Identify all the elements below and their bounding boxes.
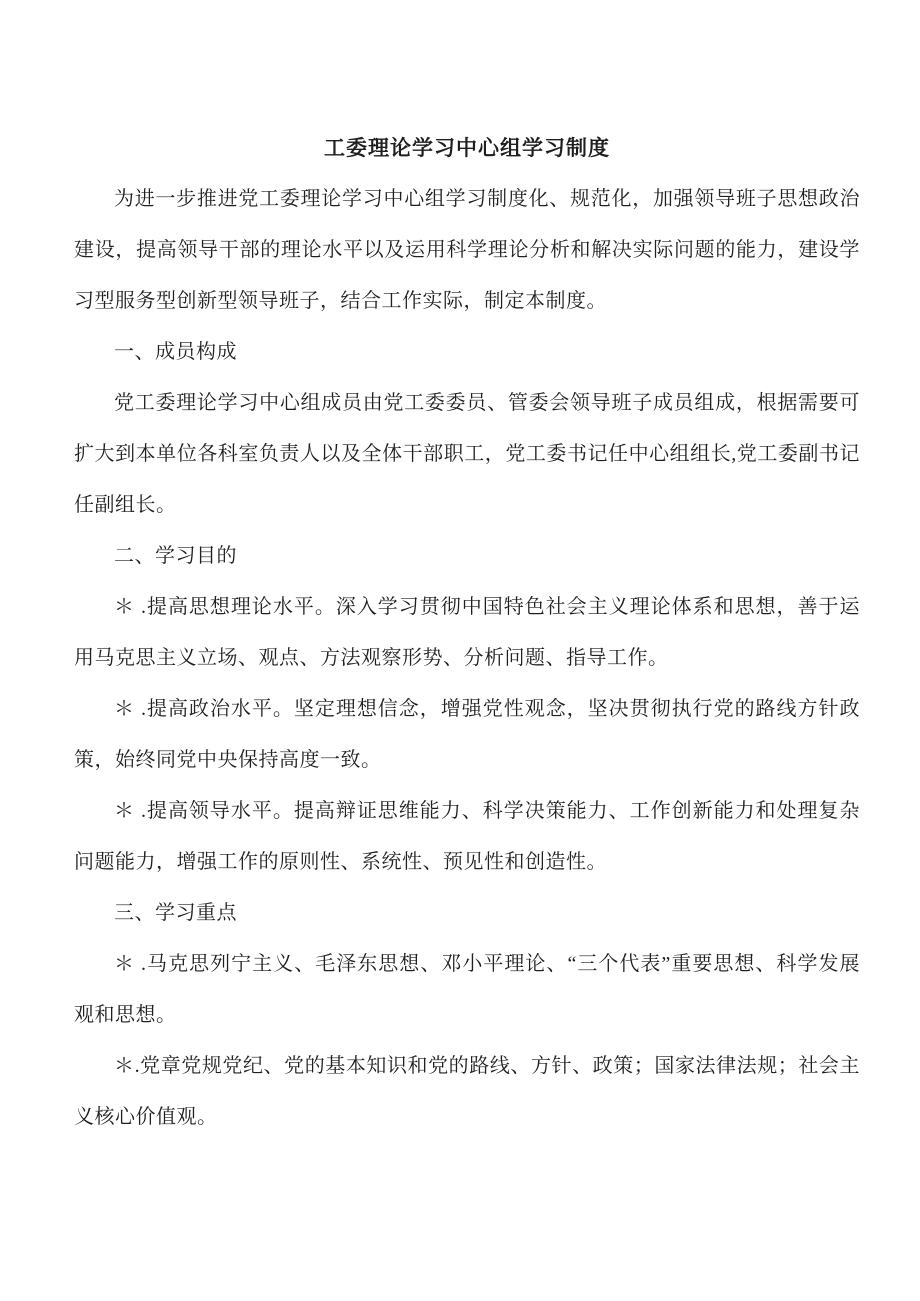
list-item-leadership-level: ＊ .提高领导水平。提高辩证思维能力、科学决策能力、工作创新能力和处理复杂问题能…: [74, 786, 860, 888]
list-item-ideological-level: ＊ .提高思想理论水平。深入学习贯彻中国特色社会主义理论体系和思想，善于运用马克…: [74, 582, 860, 684]
intro-paragraph: 为进一步推进党工委理论学习中心组学习制度化、规范化，加强领导班子思想政治建设，提…: [74, 174, 860, 327]
list-item-party-rules: ＊.党章党规党纪、党的基本知识和党的路线、方针、政策；国家法律法规；社会主义核心…: [74, 1041, 860, 1143]
section-heading-members: 一、成员构成: [74, 327, 860, 378]
document-title: 工委理论学习中心组学习制度: [74, 123, 860, 174]
list-item-political-level: ＊ .提高政治水平。坚定理想信念，增强党性观念，坚决贯彻执行党的路线方针政策，始…: [74, 684, 860, 786]
section-heading-key-points: 三、学习重点: [74, 888, 860, 939]
list-item-marxism: ＊ .马克思列宁主义、毛泽东思想、邓小平理论、“三个代表”重要思想、科学发展观和…: [74, 939, 860, 1041]
section-heading-purpose: 二、学习目的: [74, 531, 860, 582]
document-page: 工委理论学习中心组学习制度 为进一步推进党工委理论学习中心组学习制度化、规范化，…: [0, 0, 920, 1301]
members-paragraph: 党工委理论学习中心组成员由党工委委员、管委会领导班子成员组成，根据需要可扩大到本…: [74, 378, 860, 531]
